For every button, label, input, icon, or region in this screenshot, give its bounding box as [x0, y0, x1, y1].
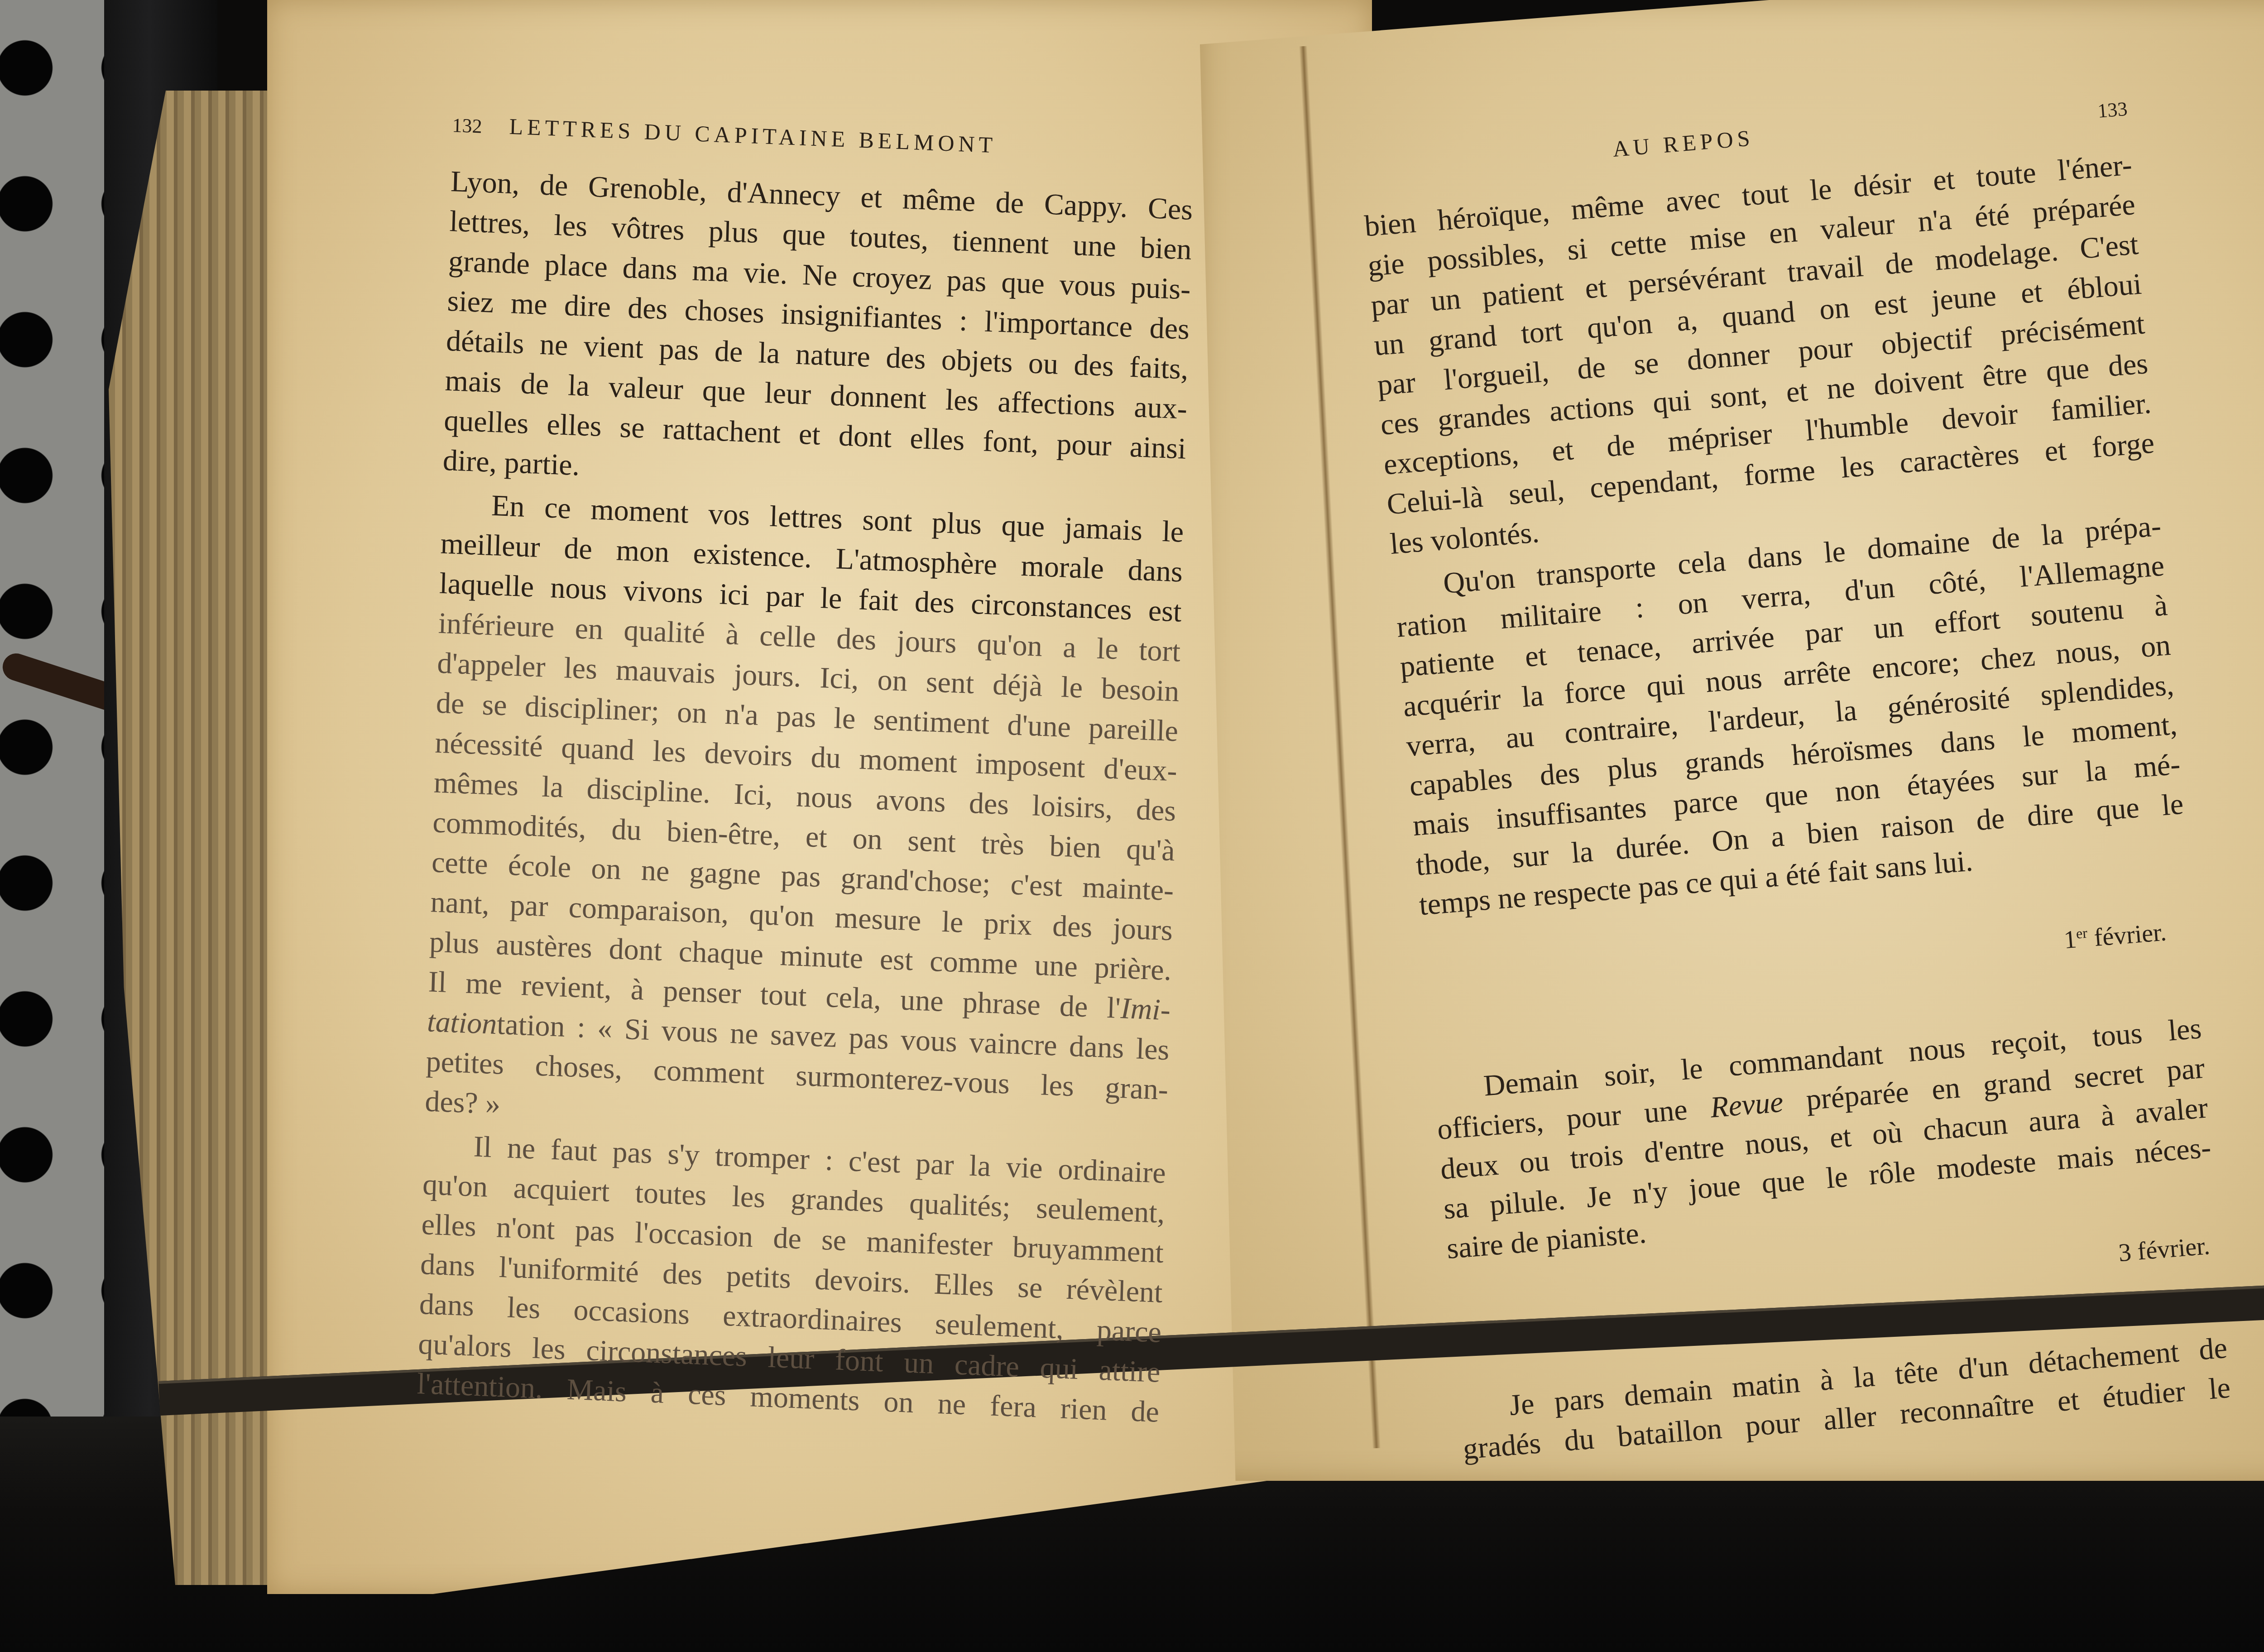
italic-word: Imi- [1120, 992, 1171, 1027]
italic-word: tation [427, 1005, 497, 1041]
paragraph: Qu'on transporte cela dans le domaine de… [1392, 506, 2188, 926]
paragraph: En ce moment vos lettres sont plus que j… [424, 484, 1184, 1150]
italic-word: Revue [1709, 1085, 1784, 1124]
letter-entry: Demain soir, le commandant nous reçoit, … [1433, 1008, 2216, 1269]
paragraph: Il ne faut pas s'y tromper : c'est par l… [417, 1125, 1166, 1432]
page-number: 133 [2096, 89, 2129, 131]
letter-date: 1er février. [1424, 904, 2195, 1012]
page-number: 132 [451, 106, 482, 146]
perforated-metal-plate [0, 0, 104, 1652]
right-page-text: AU REPOS 133 bien héroïque, même avec to… [1358, 88, 2232, 1470]
paragraph: bien héroïque, même avec tout le désir e… [1363, 145, 2159, 564]
paragraph: Lyon, de Grenoble, d'Annecy et même de C… [442, 162, 1194, 509]
left-page-text: 132 LETTRES DU CAPITAINE BELMONT Lyon, d… [417, 104, 1195, 1432]
